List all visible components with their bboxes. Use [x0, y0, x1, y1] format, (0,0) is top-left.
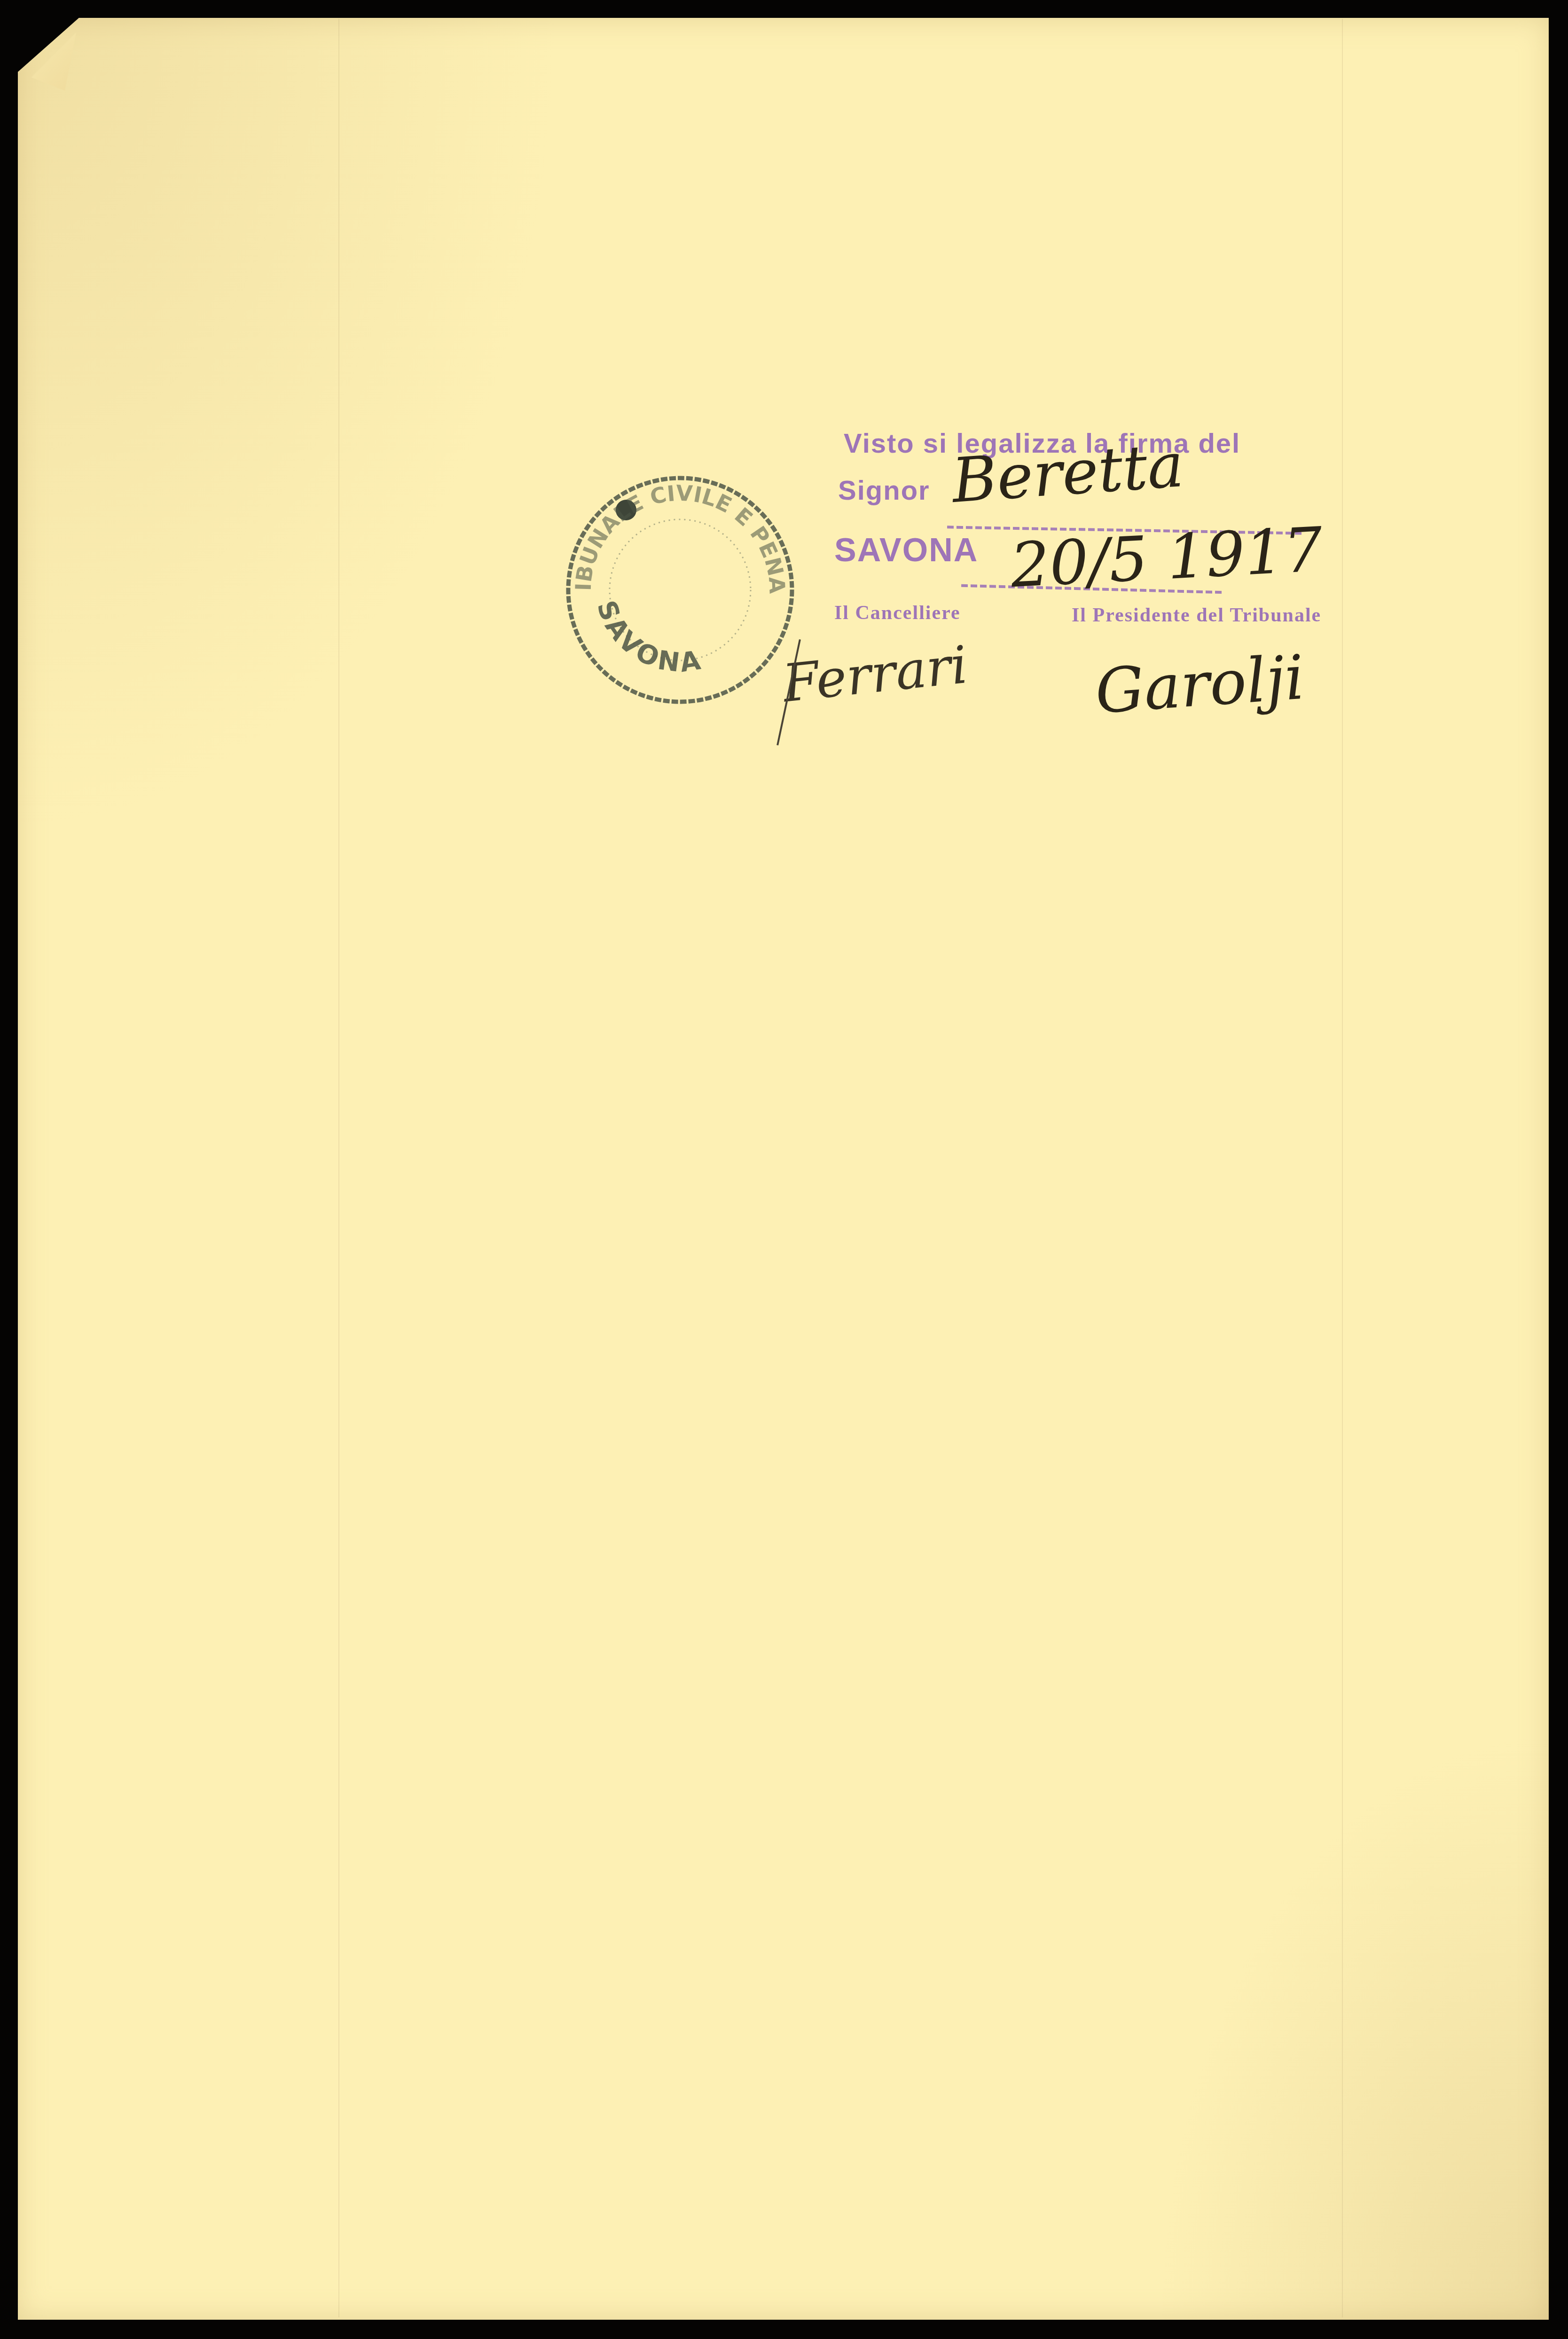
stamp-footer-presidente: Il Presidente del Tribunale: [1072, 604, 1321, 627]
svg-text:SAVONA: SAVONA: [590, 597, 705, 678]
document-page: [18, 18, 1549, 2320]
svg-text:TRIBUNALE CIVILE E PENALE: TRIBUNALE CIVILE E PENALE: [556, 465, 790, 594]
stamp-footer-cancelliere: Il Cancelliere: [834, 602, 961, 624]
stamp-line-place: SAVONA: [834, 531, 978, 569]
page-ruling-line: [338, 19, 339, 2317]
page-ruling-line: [1342, 19, 1343, 2317]
signature-presidente: Garolji: [1093, 642, 1307, 728]
tribunal-round-stamp: TRIBUNALE CIVILE E PENALE SAVONA: [556, 465, 805, 714]
stamp-line-signor: Signor: [838, 475, 930, 506]
round-stamp-graphic: TRIBUNALE CIVILE E PENALE SAVONA: [556, 465, 805, 714]
